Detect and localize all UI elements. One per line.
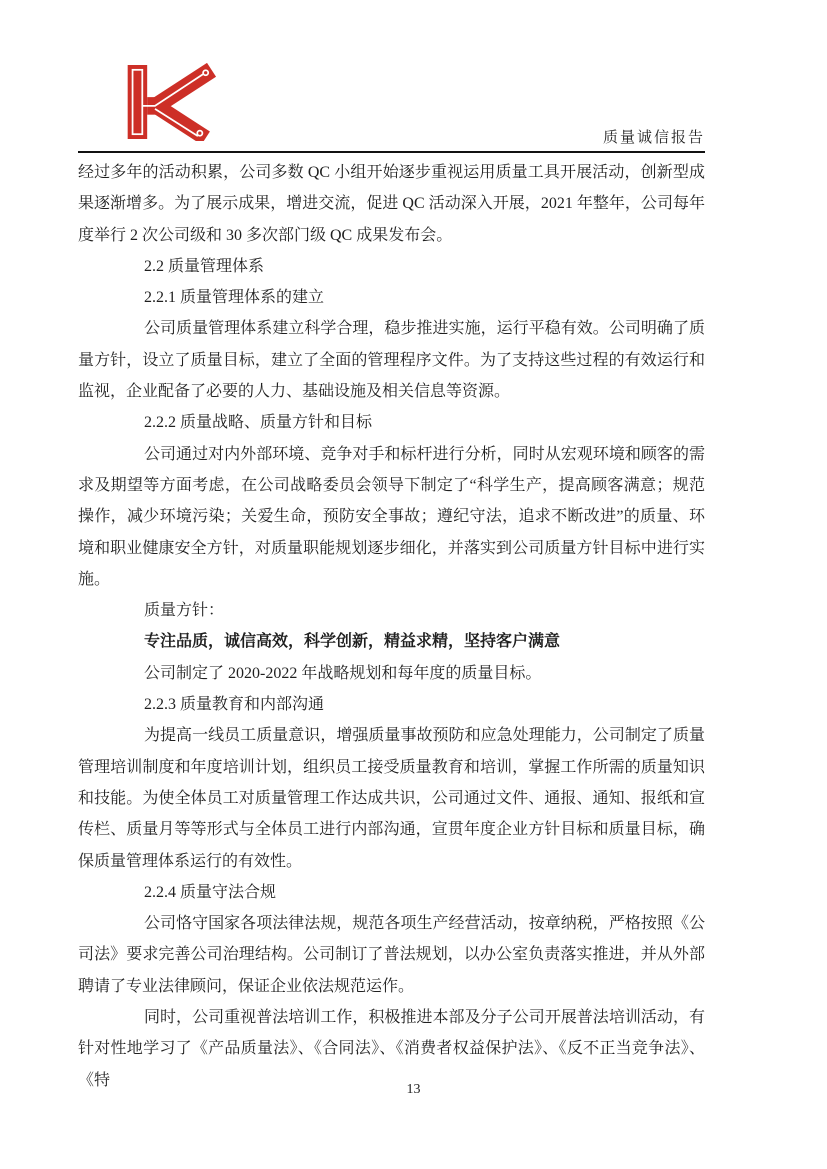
page-number: 13 xyxy=(0,1082,827,1098)
quality-policy-statement: 专注品质，诚信高效，科学创新，精益求精，坚持客户满意 xyxy=(78,626,705,657)
paragraph-strategy-policy: 公司通过对内外部环境、竞争对手和标杆进行分析，同时从宏观环境和顾客的需求及期望等… xyxy=(78,439,705,595)
header-rule xyxy=(78,151,705,153)
section-heading-2-2-3: 2.2.3 质量教育和内部沟通 xyxy=(78,689,705,720)
document-page: 质量诚信报告 经过多年的活动积累，公司多数 QC 小组开始逐步重视运用质量工具开… xyxy=(0,0,827,1169)
section-heading-2-2: 2.2 质量管理体系 xyxy=(78,251,705,282)
document-body: 经过多年的活动积累，公司多数 QC 小组开始逐步重视运用质量工具开展活动，创新型… xyxy=(78,157,705,1096)
paragraph-strategic-plan: 公司制定了 2020-2022 年战略规划和每年度的质量目标。 xyxy=(78,658,705,689)
paragraph-quality-education: 为提高一线员工质量意识，增强质量事故预防和应急处理能力，公司制定了质量管理培训制… xyxy=(78,720,705,876)
paragraph-qc-activities: 经过多年的活动积累，公司多数 QC 小组开始逐步重视运用质量工具开展活动，创新型… xyxy=(78,157,705,251)
section-heading-2-2-2: 2.2.2 质量战略、质量方针和目标 xyxy=(78,407,705,438)
section-heading-2-2-1: 2.2.1 质量管理体系的建立 xyxy=(78,282,705,313)
section-heading-2-2-4: 2.2.4 质量守法合规 xyxy=(78,877,705,908)
paragraph-legal-compliance: 公司恪守国家各项法律法规，规范各项生产经营活动，按章纳税，严格按照《公司法》要求… xyxy=(78,908,705,1002)
header-doc-title: 质量诚信报告 xyxy=(78,126,705,147)
paragraph-qms-establishment: 公司质量管理体系建立科学合理，稳步推进实施，运行平稳有效。公司明确了质量方针，设… xyxy=(78,313,705,407)
label-quality-policy: 质量方针： xyxy=(78,595,705,626)
